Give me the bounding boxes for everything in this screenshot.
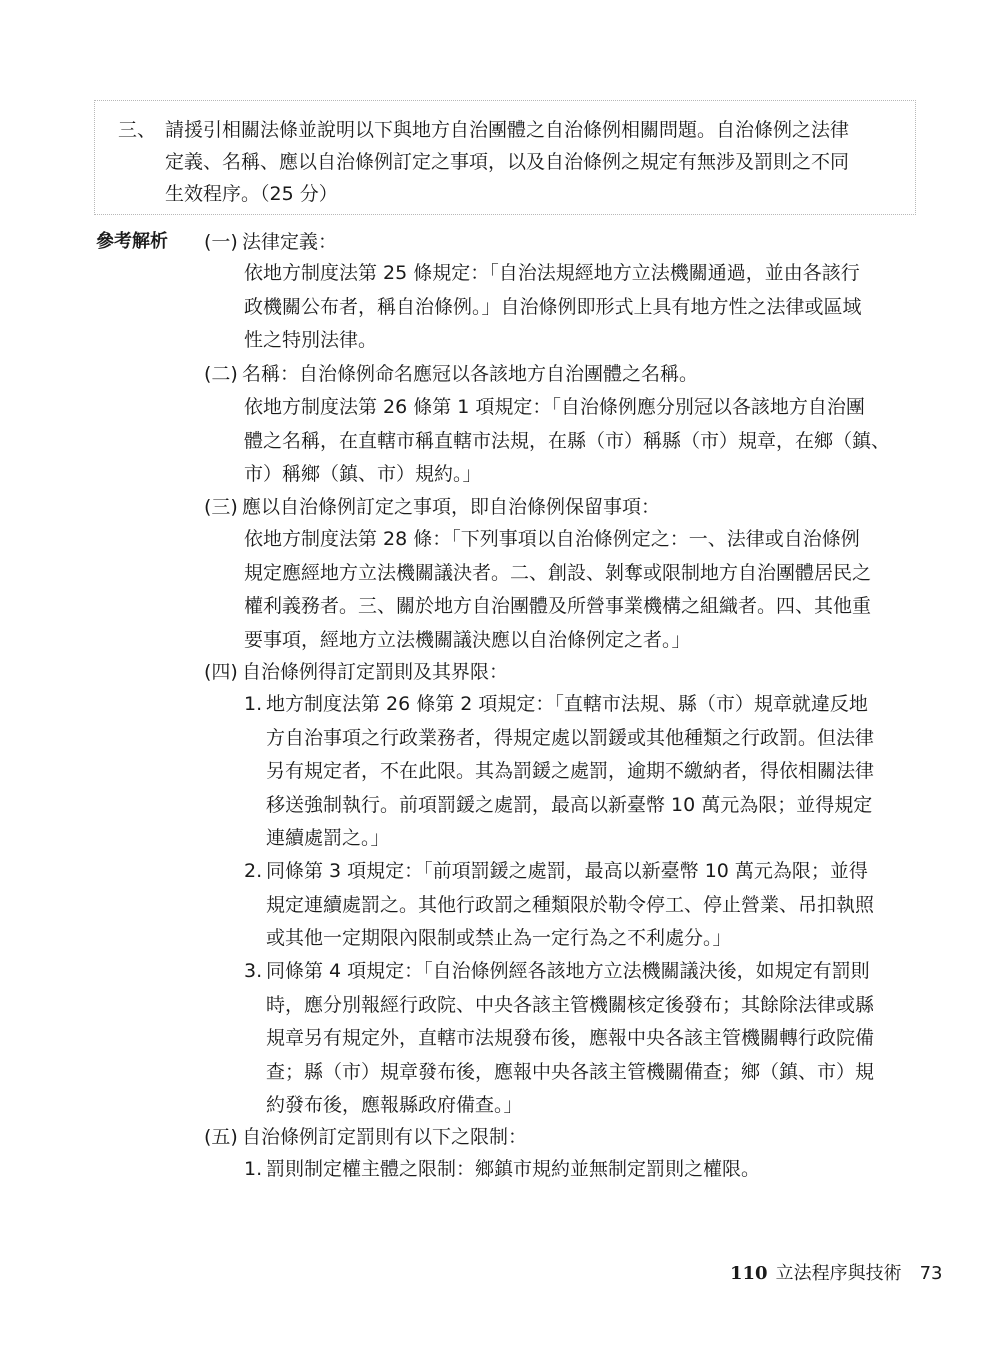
question-text: 請援引相關法條並說明以下與地方自治團體之自治條例相關問題。自治條例之法律 定義、… — [165, 114, 905, 210]
section-1-body: 依地方制度法第 25 條規定：「自治法規經地方立法機關通過，並由各該行 政機關公… — [244, 257, 920, 358]
text-line: 同條第 4 項規定：「自治條例經各該地方立法機關議決後，如規定有罰則 — [266, 955, 920, 989]
section-heading-5: (五)自治條例訂定罰則有以下之限制： — [204, 1123, 527, 1151]
item-number: 1. — [244, 688, 262, 722]
text-line: 時，應分別報經行政院、中央各該主管機關核定後發布；其餘除法律或縣 — [266, 989, 920, 1023]
text-line: 要事項，經地方立法機關議決應以自治條例定之者。」 — [244, 624, 920, 658]
page-number: 73 — [920, 1263, 943, 1284]
section-mark: (五) — [204, 1123, 242, 1151]
text-line: 同條第 3 項規定：「前項罰鍰之處罰，最高以新臺幣 10 萬元為限；並得 — [266, 855, 920, 889]
question-line: 定義、名稱、應以自治條例訂定之事項，以及自治條例之規定有無涉及罰則之不同 — [165, 146, 905, 178]
section-heading-1: (一)法律定義： — [204, 228, 337, 256]
text-line: 規定應經地方立法機關議決者。二、創設、剝奪或限制地方自治團體居民之 — [244, 557, 920, 591]
text-line: 或其他一定期限內限制或禁止為一定行為之不利處分。」 — [266, 922, 920, 956]
section-mark: (四) — [204, 658, 242, 686]
page-footer: 110立法程序與技術73 — [730, 1259, 942, 1285]
text-line: 約發布後，應報縣政府備查。」 — [266, 1089, 920, 1123]
section-mark: (一) — [204, 228, 242, 256]
text-line: 連續處罰之。」 — [266, 822, 920, 856]
text-line: 地方制度法第 26 條第 2 項規定：「直轄市法規、縣（市）規章就違反地 — [266, 688, 920, 722]
text-line: 另有規定者，不在此限。其為罰鍰之處罰，逾期不繳納者，得依相關法律 — [266, 755, 920, 789]
reference-analysis-label: 參考解析 — [96, 228, 168, 256]
item-number: 3. — [244, 955, 262, 989]
section-title: 應以自治條例訂定之事項，即自治條例保留事項： — [242, 496, 660, 518]
question-line: 請援引相關法條並說明以下與地方自治團體之自治條例相關問題。自治條例之法律 — [165, 114, 905, 146]
text-line: 罰則制定權主體之限制：鄉鎮市規約並無制定罰則之權限。 — [266, 1153, 920, 1187]
text-line: 市）稱鄉（鎮、市）規約。」 — [244, 458, 920, 492]
text-line: 依地方制度法第 28 條：「下列事項以自治條例定之：一、法律或自治條例 — [244, 523, 920, 557]
section-heading-3: (三)應以自治條例訂定之事項，即自治條例保留事項： — [204, 493, 660, 521]
text-line: 性之特別法律。 — [244, 324, 920, 358]
text-line: 依地方制度法第 25 條規定：「自治法規經地方立法機關通過，並由各該行 — [244, 257, 920, 291]
section-mark: (三) — [204, 493, 242, 521]
text-line: 政機關公布者，稱自治條例。」自治條例即形式上具有地方性之法律或區域 — [244, 291, 920, 325]
footer-year: 110 — [730, 1263, 768, 1284]
list-item: 3. 同條第 4 項規定：「自治條例經各該地方立法機關議決後，如規定有罰則 時，… — [244, 955, 920, 1123]
text-line: 方自治事項之行政業務者，得規定處以罰鍰或其他種類之行政罰。但法律 — [266, 722, 920, 756]
text-line: 規定連續處罰之。其他行政罰之種類限於勒令停工、停止營業、吊扣執照 — [266, 889, 920, 923]
text-line: 規章另有規定外，直轄市法規發布後，應報中央各該主管機關轉行政院備 — [266, 1022, 920, 1056]
section-mark: (二) — [204, 360, 242, 388]
item-number: 1. — [244, 1153, 262, 1187]
list-item: 1. 地方制度法第 26 條第 2 項規定：「直轄市法規、縣（市）規章就違反地 … — [244, 688, 920, 856]
section-2-body: 依地方制度法第 26 條第 1 項規定：「自治條例應分別冠以各該地方自治團 體之… — [244, 391, 920, 492]
footer-subject: 立法程序與技術 — [776, 1263, 902, 1284]
question-number: 三、 — [118, 114, 156, 146]
text-line: 權利義務者。三、關於地方自治團體及所營事業機構之組織者。四、其他重 — [244, 590, 920, 624]
text-line: 體之名稱，在直轄市稱直轄市法規，在縣（市）稱縣（市）規章，在鄉（鎮、 — [244, 425, 920, 459]
text-line: 依地方制度法第 26 條第 1 項規定：「自治條例應分別冠以各該地方自治團 — [244, 391, 920, 425]
section-3-body: 依地方制度法第 28 條：「下列事項以自治條例定之：一、法律或自治條例 規定應經… — [244, 523, 920, 657]
text-line: 移送強制執行。前項罰鍰之處罰，最高以新臺幣 10 萬元為限；並得規定 — [266, 789, 920, 823]
section-title: 自治條例得訂定罰則及其界限： — [242, 661, 508, 683]
list-item: 2. 同條第 3 項規定：「前項罰鍰之處罰，最高以新臺幣 10 萬元為限；並得 … — [244, 855, 920, 956]
section-title: 自治條例訂定罰則有以下之限制： — [242, 1126, 527, 1148]
list-item: 1. 罰則制定權主體之限制：鄉鎮市規約並無制定罰則之權限。 — [244, 1153, 920, 1187]
question-line: 生效程序。（25 分） — [165, 178, 905, 210]
section-heading-4: (四)自治條例得訂定罰則及其界限： — [204, 658, 508, 686]
section-heading-2: (二)名稱：自治條例命名應冠以各該地方自治團體之名稱。 — [204, 360, 698, 388]
item-number: 2. — [244, 855, 262, 889]
section-title: 法律定義： — [242, 231, 337, 253]
section-title: 名稱：自治條例命名應冠以各該地方自治團體之名稱。 — [242, 363, 698, 385]
text-line: 查；縣（市）規章發布後，應報中央各該主管機關備查；鄉（鎮、市）規 — [266, 1056, 920, 1090]
